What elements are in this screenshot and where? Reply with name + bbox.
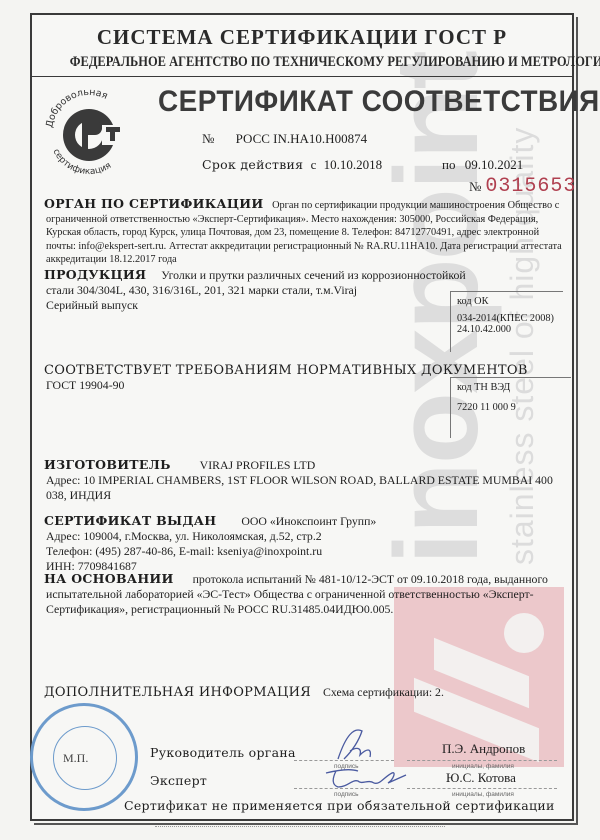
from-label: с [311,157,317,172]
tn-code-value: 7220 11 000 9 [451,395,571,415]
footer-note: Сертификат не применяется при обязательн… [124,798,555,813]
stamp-label: М.П. [63,751,88,766]
manufacturer-name: VIRAJ PROFILES LTD [200,458,316,472]
manufacturer-address: 038, ИНДИЯ [44,488,564,503]
expert-label: Эксперт [150,773,207,788]
head-of-body-label: Руководитель органа [150,745,296,760]
validity-row: Срок действия с 10.10.2018 [202,157,382,173]
expert-name: Ю.С. Котова [446,770,516,786]
certificate-number: РОСС IN.НА10.Н00874 [236,131,367,146]
name-hint: инициалы, фамилия [452,791,514,798]
product-line: Уголки и прутки различных сечений из кор… [161,268,465,282]
basis-line: протокола испытаний № 481-10/12-ЭСТ от 0… [193,572,548,586]
product-line: стали 304/304L, 430, 316/316L, 201, 321 … [44,283,464,298]
certification-body-line: аккредитации 18.12.2017 года [44,253,564,267]
basis-label: НА ОСНОВАНИИ [44,571,174,586]
ok-code-label: код ОК [451,292,563,309]
validity-to-date: 09.10.2021 [465,157,524,172]
logo-dot-icon [504,613,544,653]
certification-body-label: ОРГАН ПО СЕРТИФИКАЦИИ [44,196,264,211]
manufacturer-section: ИЗГОТОВИТЕЛЬ VIRAJ PROFILES LTD Адрес: 1… [44,457,564,503]
additional-info-section: ДОПОЛНИТЕЛЬНАЯ ИНФОРМАЦИЯ Схема сертифик… [44,683,444,701]
validity-from-date: 10.10.2018 [324,157,383,172]
official-stamp: М.П. [30,703,138,811]
blank-number-row: № 0315653 [469,175,576,198]
product-section: ПРОДУКЦИЯ Уголки и прутки различных сече… [44,267,464,313]
certification-body-line: почты: info@ekspert-sert.ru. Аттестат ак… [44,240,564,254]
print-imprint-line [155,826,445,830]
issued-to-section: СЕРТИФИКАТ ВЫДАН ООО «Инокспоинт Групп» … [44,513,444,574]
certificate-frame: inoxpoint stainless steel of high qualit… [30,13,574,821]
certification-body-line: Орган по сертификации продукции машиност… [272,200,559,211]
blank-number-label: № [469,179,481,194]
issued-to-label: СЕРТИФИКАТ ВЫДАН [44,513,216,528]
expert-name-line [407,788,557,789]
number-label: № [202,131,214,146]
blank-number: 0315653 [485,175,576,198]
certification-body-line: Курская область, город Курск, улица Почт… [44,226,564,240]
ok-code-box: код ОК 034-2014(КПЕС 2008) 24.10.42.000 [450,291,563,352]
tn-code-box: код ТН ВЭД 7220 11 000 9 [450,377,571,438]
validity-label: Срок действия [202,157,303,172]
to-label: по [442,157,455,172]
certification-scheme: Схема сертификации: 2. [323,685,444,699]
additional-info-label: ДОПОЛНИТЕЛЬНАЯ ИНФОРМАЦИЯ [44,685,311,700]
signature-hint: подпись [334,791,359,798]
certificate-number-row: № РОСС IN.НА10.Н00874 [202,131,367,146]
validity-to: по 09.10.2021 [442,157,523,173]
certification-body-line: ограниченной ответственностью «Эксперт-С… [44,213,564,227]
issued-to-contact: Телефон: (495) 287-40-86, E-mail: kseniy… [44,544,444,559]
tn-code-label: код ТН ВЭД [451,378,571,395]
document-title: СЕРТИФИКАТ СООТВЕТСТВИЯ [158,85,600,119]
system-title: СИСТЕМА СЕРТИФИКАЦИИ ГОСТ Р [32,25,572,50]
ok-code-value: 24.10.42.000 [451,324,563,335]
manufacturer-label: ИЗГОТОВИТЕЛЬ [44,457,171,472]
basis-line: испытательной лабораторией «ЭС-Тест» Общ… [44,587,564,602]
head-signature-icon [332,725,382,765]
certificate-header: СИСТЕМА СЕРТИФИКАЦИИ ГОСТ Р ФЕДЕРАЛЬНОЕ … [32,15,572,77]
head-name-line [407,760,557,761]
basis-line: Сертификация», регистрационный № РОСС RU… [44,602,564,617]
manufacturer-address: Адрес: 10 IMPERIAL CHAMBERS, 1ST FLOOR W… [44,473,564,488]
issued-to-name: ООО «Инокспоинт Групп» [241,514,376,528]
name-hint: инициалы, фамилия [452,763,514,770]
basis-section: НА ОСНОВАНИИ протокола испытаний № 481-1… [44,571,564,617]
head-name: П.Э. Андропов [442,741,525,757]
product-label: ПРОДУКЦИЯ [44,267,146,282]
ok-code-value: 034-2014(КПЕС 2008) [451,309,563,324]
conformity-label: СООТВЕТСТВУЕТ ТРЕБОВАНИЯМ НОРМАТИВНЫХ ДО… [44,363,528,378]
product-line: Серийный выпуск [44,298,464,313]
issued-to-address: Адрес: 109004, г.Москва, ул. Николоямска… [44,529,444,544]
agency-title: ФЕДЕРАЛЬНОЕ АГЕНТСТВО ПО ТЕХНИЧЕСКОМУ РЕ… [70,54,534,71]
certification-body-section: ОРГАН ПО СЕРТИФИКАЦИИ Орган по сертифика… [44,197,564,267]
expert-signature-icon [322,765,412,793]
rst-voluntary-certification-logo-icon: Добровольная сертификация [42,85,136,179]
